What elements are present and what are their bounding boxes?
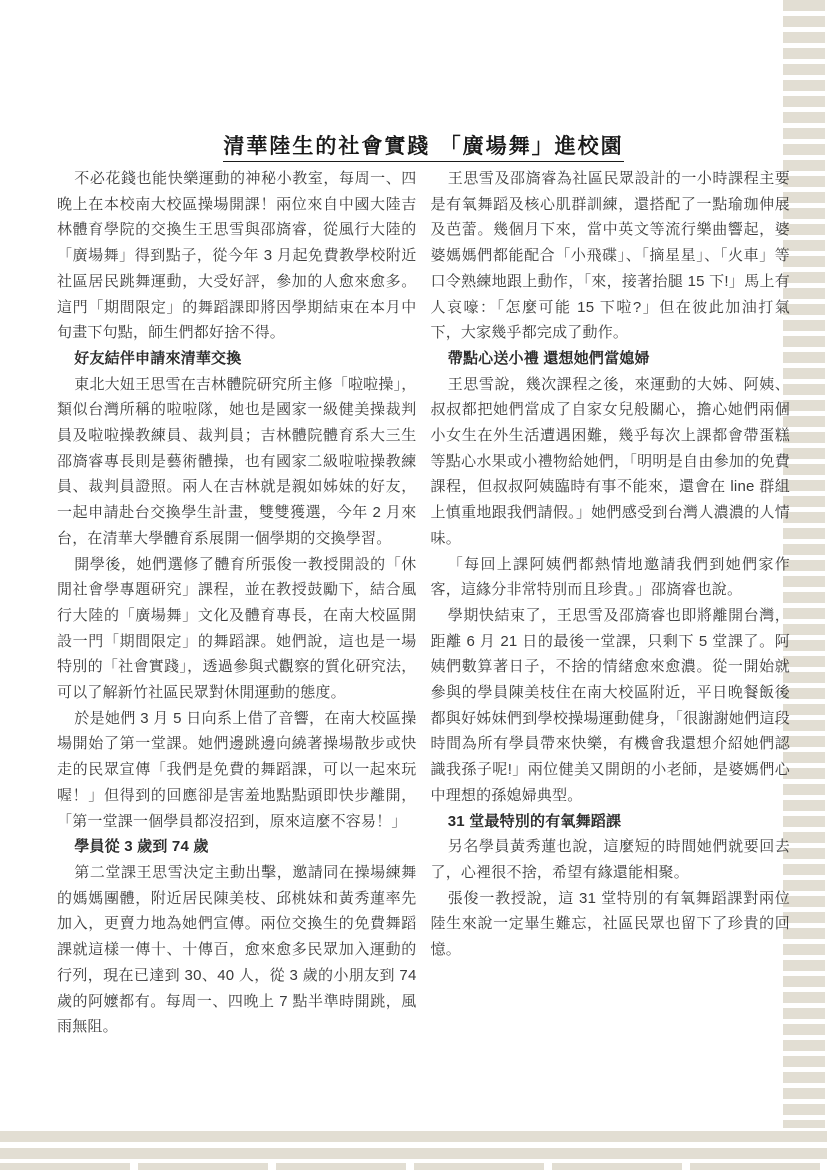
paragraph: 學期快結束了，王思雪及邵旖睿也即將離開台灣，距離 6 月 21 日的最後一堂課，… <box>431 603 791 809</box>
paragraph: 東北大妞王思雪在吉林體院研究所主修「啦啦操」，類似台灣所稱的啦啦隊，她也是國家一… <box>57 372 417 552</box>
document-page: 清華陸生的社會實踐 「廣場舞」進校園 不必花錢也能快樂運動的神秘小教室，每周一、… <box>0 0 827 1170</box>
paragraph: 王思雪說，幾次課程之後，來運動的大姊、阿姨、叔叔都把她們當成了自家女兒般關心，擔… <box>431 372 791 552</box>
paragraph: 開學後，她們選修了體育所張俊一教授開設的「休閒社會學專題研究」課程，並在教授鼓勵… <box>57 552 417 706</box>
bottom-stripe-bar <box>0 1163 827 1170</box>
paragraph: 另名學員黃秀蓮也說，這麼短的時間她們就要回去了，心裡很不捨，希望有緣還能相聚。 <box>431 834 791 885</box>
section-heading: 好友結伴申請來清華交換 <box>57 346 417 372</box>
right-column: 王思雪及邵旖睿為社區民眾設計的一小時課程主要是有氧舞蹈及核心肌群訓練，還搭配了一… <box>431 166 791 1040</box>
paragraph: 於是她們 3 月 5 日向系上借了音響，在南大校區操場開始了第一堂課。她們邊跳邊… <box>57 706 417 835</box>
paragraph: 王思雪及邵旖睿為社區民眾設計的一小時課程主要是有氧舞蹈及核心肌群訓練，還搭配了一… <box>431 166 791 346</box>
section-heading: 學員從 3 歲到 74 歲 <box>57 834 417 860</box>
article-title: 清華陸生的社會實踐 「廣場舞」進校園 <box>57 130 790 160</box>
bottom-stripe-bar <box>0 1131 827 1142</box>
section-heading: 31 堂最特別的有氧舞蹈課 <box>431 809 791 835</box>
paragraph: 第二堂課王思雪決定主動出擊，邀請同在操場練舞的媽媽團體，附近居民陳美枝、邱桃妹和… <box>57 860 417 1040</box>
paragraph: 不必花錢也能快樂運動的神秘小教室，每周一、四晚上在本校南大校區操場開課！兩位來自… <box>57 166 417 346</box>
paragraph: 「每回上課阿姨們都熱情地邀請我們到她們家作客，這緣分非常特別而且珍貴。」邵旖睿也… <box>431 552 791 603</box>
bottom-stripe-bar <box>0 1148 827 1159</box>
article-title-text: 清華陸生的社會實踐 「廣場舞」進校園 <box>223 133 623 162</box>
article-body: 不必花錢也能快樂運動的神秘小教室，每周一、四晚上在本校南大校區操場開課！兩位來自… <box>57 166 790 1040</box>
paragraph: 張俊一教授說，這 31 堂特別的有氧舞蹈課對兩位陸生來說一定畢生難忘，社區民眾也… <box>431 886 791 963</box>
left-column: 不必花錢也能快樂運動的神秘小教室，每周一、四晚上在本校南大校區操場開課！兩位來自… <box>57 166 417 1040</box>
section-heading: 帶點心送小禮 還想她們當媳婦 <box>431 346 791 372</box>
bottom-edge-stripe-pattern <box>0 1131 827 1170</box>
